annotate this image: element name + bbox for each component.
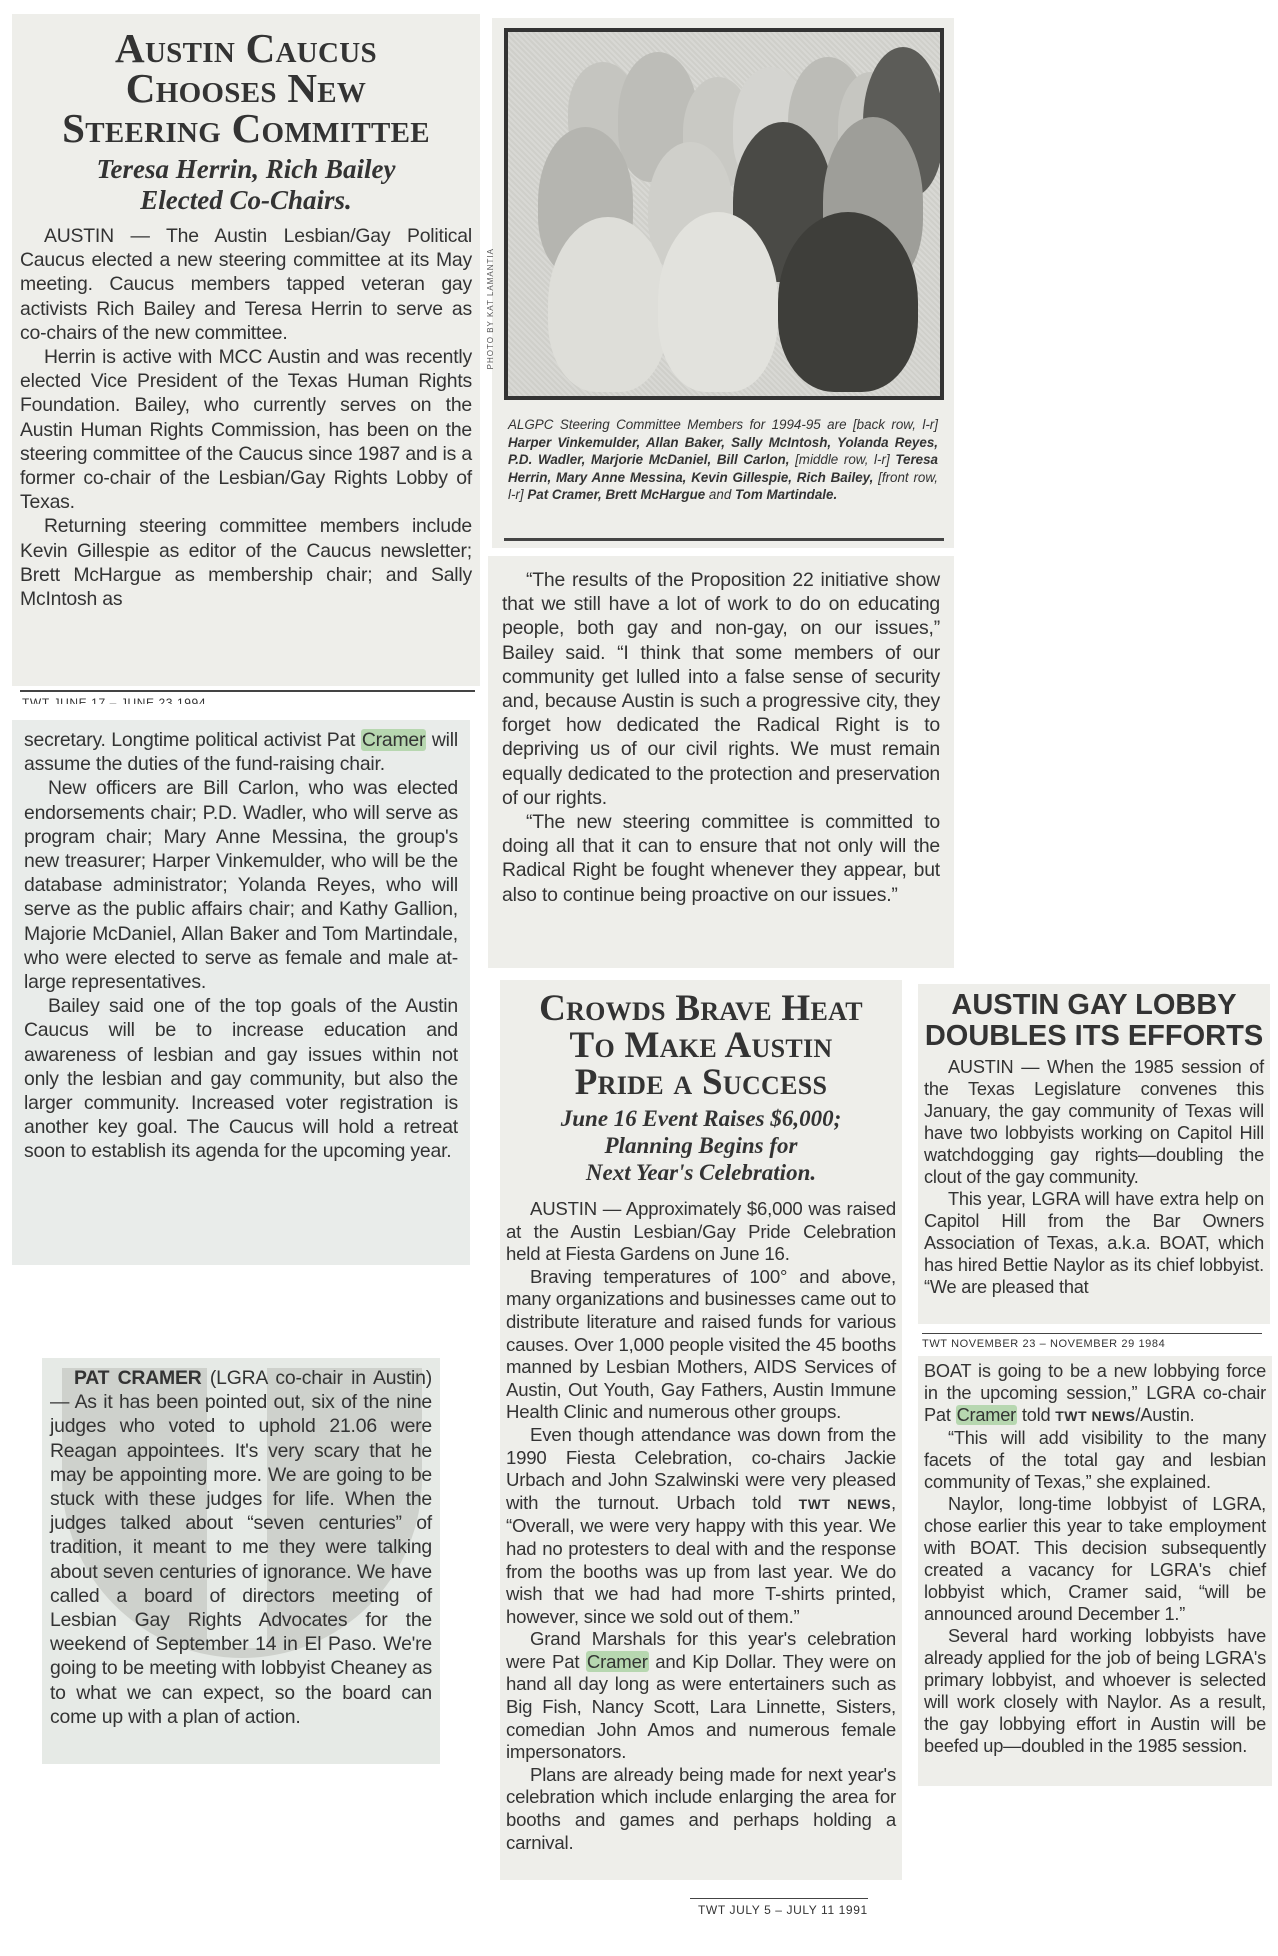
dateline: TWT NOVEMBER 23 – NOVEMBER 29 1984 <box>922 1338 1165 1350</box>
article-body: AUSTIN — The Austin Lesbian/Gay Politica… <box>20 224 472 611</box>
article-body: AUSTIN — Approximately $6,000 was raised… <box>506 1198 896 1854</box>
article-austin-gay-lobby-part2: BOAT is going to be a new lobbying force… <box>918 1356 1272 1786</box>
paragraph: PAT CRAMER (LGRA co-chair in Austin) — A… <box>50 1366 432 1729</box>
divider-rule <box>922 1333 1262 1334</box>
paragraph: Naylor, long-time lobbyist of LGRA, chos… <box>924 1493 1266 1625</box>
paragraph: Returning steering committee members inc… <box>20 514 472 611</box>
article-crowds-brave-heat: Crowds Brave Heat To Make Austin Pride a… <box>500 980 902 1880</box>
paragraph: “The new steering committee is committed… <box>502 810 940 907</box>
photo-credit: PHOTO BY KAT LAMANTIA <box>486 248 495 369</box>
person-silhouette <box>778 212 918 392</box>
divider-rule <box>690 1898 868 1899</box>
paragraph: “This will add visibility to the many fa… <box>924 1427 1266 1493</box>
person-silhouette <box>548 217 668 392</box>
subheadline: June 16 Event Raises $6,000; Planning Be… <box>506 1105 896 1186</box>
photo-clipping: PHOTO BY KAT LAMANTIA ALGPC Steering Com… <box>492 18 954 548</box>
paragraph: Braving temperatures of 100° and above, … <box>506 1266 896 1424</box>
paragraph: Several hard working lobbyists have alre… <box>924 1625 1266 1757</box>
paragraph: New officers are Bill Carlon, who was el… <box>24 776 458 994</box>
article-body: “The results of the Proposition 22 initi… <box>502 568 940 907</box>
paragraph: Herrin is active with MCC Austin and was… <box>20 345 472 514</box>
article-austin-caucus-part2: secretary. Longtime political activist P… <box>12 720 470 1265</box>
dateline: TWT JULY 5 – JULY 11 1991 <box>698 1903 868 1917</box>
divider-rule <box>504 538 944 541</box>
dateline: TWT JUNE 17 – JUNE 23 1994 <box>22 694 206 704</box>
article-body: AUSTIN — When the 1985 session of the Te… <box>924 1056 1264 1298</box>
headline: Austin Caucus Chooses New Steering Commi… <box>20 28 472 148</box>
paragraph: AUSTIN — When the 1985 session of the Te… <box>924 1056 1264 1188</box>
pat-cramer-quote-clipping: PAT CRAMER (LGRA co-chair in Austin) — A… <box>42 1358 440 1764</box>
paragraph: Bailey said one of the top goals of the … <box>24 994 458 1163</box>
subheadline: Teresa Herrin, Rich Bailey Elected Co-Ch… <box>20 154 472 216</box>
paragraph: Plans are already being made for next ye… <box>506 1764 896 1854</box>
headline: Crowds Brave Heat To Make Austin Pride a… <box>506 990 896 1101</box>
article-austin-gay-lobby-part1: AUSTIN GAY LOBBY DOUBLES ITS EFFORTS AUS… <box>918 984 1270 1324</box>
search-highlight: Cramer <box>586 1651 649 1672</box>
paragraph: BOAT is going to be a new lobbying force… <box>924 1360 1266 1427</box>
paragraph: “The results of the Proposition 22 initi… <box>502 568 940 810</box>
article-austin-caucus-quotes: “The results of the Proposition 22 initi… <box>488 556 954 968</box>
article-austin-caucus-part1: Austin Caucus Chooses New Steering Commi… <box>12 14 480 686</box>
paragraph: Grand Marshals for this year's celebrati… <box>506 1628 896 1764</box>
group-photo <box>504 28 944 400</box>
photo-caption: ALGPC Steering Committee Members for 199… <box>508 416 938 504</box>
paragraph: Even though attendance was down from the… <box>506 1424 896 1628</box>
search-highlight: Cramer <box>361 729 426 751</box>
quote-body: PAT CRAMER (LGRA co-chair in Austin) — A… <box>50 1366 432 1729</box>
speaker-name: PAT CRAMER <box>74 1367 202 1389</box>
person-silhouette <box>658 212 778 392</box>
article-body: secretary. Longtime political activist P… <box>24 728 458 1164</box>
paragraph: This year, LGRA will have extra help on … <box>924 1188 1264 1298</box>
paragraph: AUSTIN — Approximately $6,000 was raised… <box>506 1198 896 1266</box>
paragraph: secretary. Longtime political activist P… <box>24 728 458 776</box>
headline: AUSTIN GAY LOBBY DOUBLES ITS EFFORTS <box>924 990 1264 1052</box>
search-highlight: Cramer <box>956 1405 1017 1425</box>
paragraph: AUSTIN — The Austin Lesbian/Gay Politica… <box>20 224 472 345</box>
article-body: BOAT is going to be a new lobbying force… <box>924 1360 1266 1757</box>
divider-rule <box>20 690 475 692</box>
